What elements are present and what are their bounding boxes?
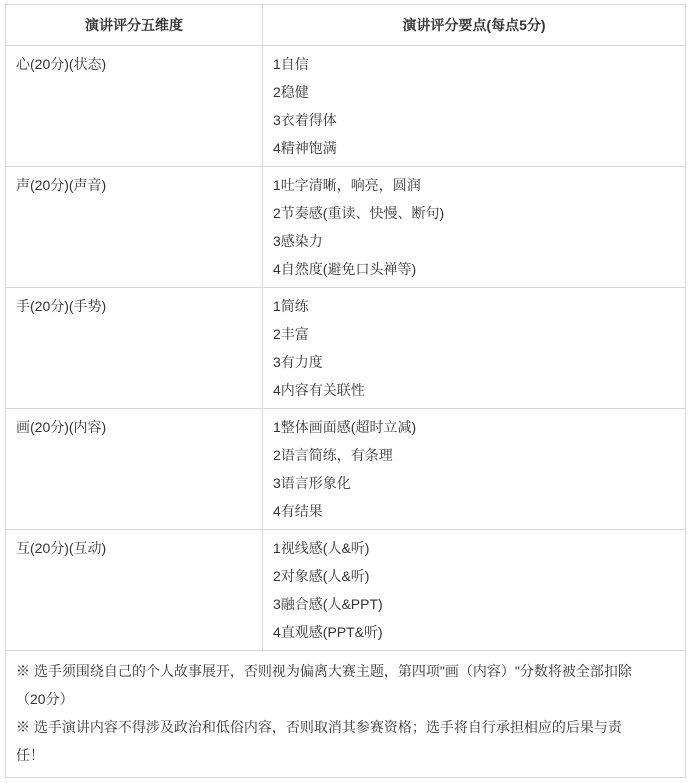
header-cell-dimensions: 演讲评分五维度 xyxy=(6,5,263,46)
point-item: 4有结果 xyxy=(273,497,675,525)
table-notes-row: ※ 选手须围绕自己的个人故事展开，否则视为偏离大赛主题，第四项"画（内容）"分数… xyxy=(6,651,686,778)
point-item: 1简练 xyxy=(273,292,675,320)
note-paragraph: ※ 选手演讲内容不得涉及政治和低俗内容，否则取消其参赛资格；选手将自行承担相应的… xyxy=(16,713,636,769)
points-cell: 1视线感(人&听) 2对象感(人&听) 3融合感(人&PPT) 4直观感(PPT… xyxy=(263,530,686,651)
dimension-cell: 画(20分)(内容) xyxy=(6,409,263,530)
point-item: 4内容有关联性 xyxy=(273,376,675,404)
point-item: 3衣着得体 xyxy=(273,106,675,134)
point-item: 4自然度(避免口头禅等) xyxy=(273,255,675,283)
point-item: 1自信 xyxy=(273,50,675,78)
note-paragraph: ※ 选手须围绕自己的个人故事展开，否则视为偏离大赛主题，第四项"画（内容）"分数… xyxy=(16,657,636,713)
dimension-cell: 互(20分)(互动) xyxy=(6,530,263,651)
table-row-hua-content: 画(20分)(内容) 1整体画面感(超时立减) 2语言简练，有条理 3语言形象化… xyxy=(6,409,686,530)
table-header-row: 演讲评分五维度 演讲评分要点(每点5分) xyxy=(6,5,686,46)
points-cell: 1自信 2稳健 3衣着得体 4精神饱满 xyxy=(263,46,686,167)
point-item: 2语言简练，有条理 xyxy=(273,441,675,469)
notes-cell: ※ 选手须围绕自己的个人故事展开，否则视为偏离大赛主题，第四项"画（内容）"分数… xyxy=(6,651,686,778)
table-row-xin-state: 心(20分)(状态) 1自信 2稳健 3衣着得体 4精神饱满 xyxy=(6,46,686,167)
point-item: 2对象感(人&听) xyxy=(273,562,675,590)
speech-scoring-table: 演讲评分五维度 演讲评分要点(每点5分) 心(20分)(状态) 1自信 2稳健 … xyxy=(5,4,686,778)
table-row-hu-interaction: 互(20分)(互动) 1视线感(人&听) 2对象感(人&听) 3融合感(人&PP… xyxy=(6,530,686,651)
point-item: 2丰富 xyxy=(273,320,675,348)
point-item: 1整体画面感(超时立减) xyxy=(273,413,675,441)
dimension-cell: 声(20分)(声音) xyxy=(6,167,263,288)
header-cell-points: 演讲评分要点(每点5分) xyxy=(263,5,686,46)
point-item: 4精神饱满 xyxy=(273,134,675,162)
point-item: 3有力度 xyxy=(273,348,675,376)
table-row-shou-gesture: 手(20分)(手势) 1简练 2丰富 3有力度 4内容有关联性 xyxy=(6,288,686,409)
points-cell: 1简练 2丰富 3有力度 4内容有关联性 xyxy=(263,288,686,409)
document-page: 演讲评分五维度 演讲评分要点(每点5分) 心(20分)(状态) 1自信 2稳健 … xyxy=(0,0,691,783)
point-item: 2节奏感(重读、快慢、断句) xyxy=(273,199,675,227)
point-item: 1吐字清晰，响亮，圆润 xyxy=(273,171,675,199)
points-cell: 1整体画面感(超时立减) 2语言简练，有条理 3语言形象化 4有结果 xyxy=(263,409,686,530)
point-item: 4直观感(PPT&听) xyxy=(273,618,675,646)
table-row-sheng-voice: 声(20分)(声音) 1吐字清晰，响亮，圆润 2节奏感(重读、快慢、断句) 3感… xyxy=(6,167,686,288)
point-item: 2稳健 xyxy=(273,78,675,106)
points-cell: 1吐字清晰，响亮，圆润 2节奏感(重读、快慢、断句) 3感染力 4自然度(避免口… xyxy=(263,167,686,288)
point-item: 3语言形象化 xyxy=(273,469,675,497)
point-item: 3融合感(人&PPT) xyxy=(273,590,675,618)
point-item: 1视线感(人&听) xyxy=(273,534,675,562)
point-item: 3感染力 xyxy=(273,227,675,255)
dimension-cell: 心(20分)(状态) xyxy=(6,46,263,167)
dimension-cell: 手(20分)(手势) xyxy=(6,288,263,409)
